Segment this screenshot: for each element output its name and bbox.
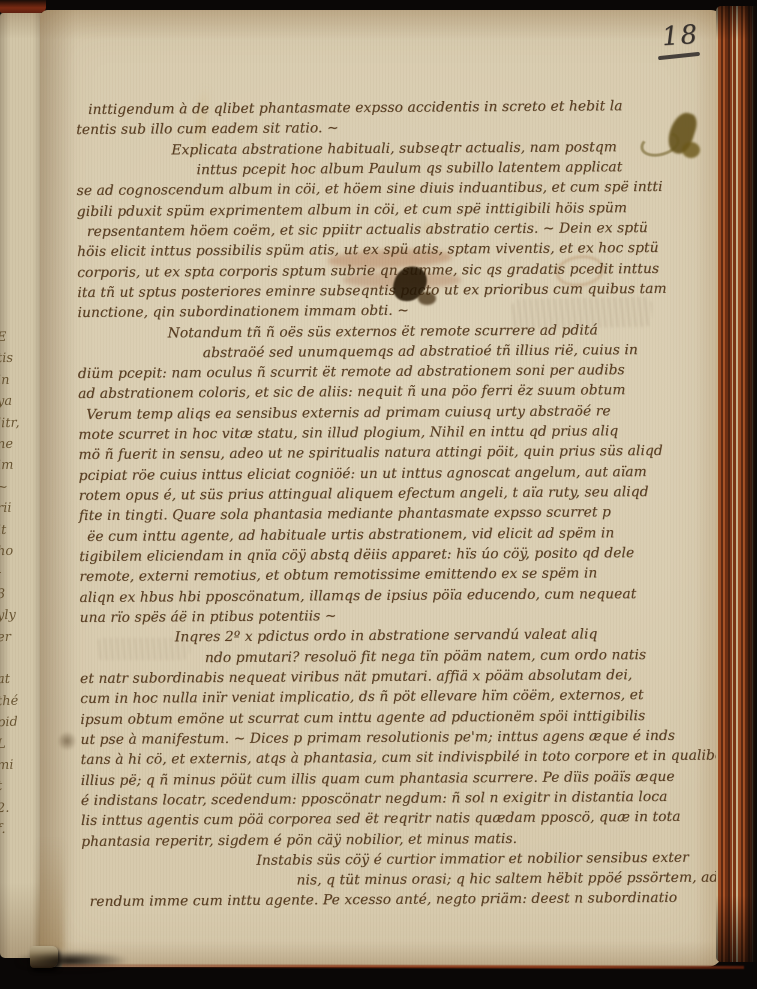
red-page-edge-line bbox=[62, 964, 744, 969]
binding-edge-top-left bbox=[0, 0, 46, 13]
manuscript-line: rendum imme cum inttu agente. Pe xcesso … bbox=[90, 890, 678, 911]
facing-page-text-fragment: t bbox=[0, 779, 2, 794]
manuscript-line: tentis sub illo cum eadem sit ratio. ~ bbox=[76, 120, 339, 139]
facing-page-text-fragment: im bbox=[0, 458, 14, 474]
facing-page-text-fragment: f. bbox=[0, 822, 6, 837]
facing-page-text-fragment: 2. bbox=[0, 801, 10, 816]
facing-page-text-fragment: ho bbox=[0, 544, 13, 560]
manuscript-line: ita tñ ut sptus posteriores eminre subse… bbox=[77, 281, 666, 302]
facing-page-text-fragment: ya bbox=[0, 394, 12, 410]
manuscript-line: Inqres 2º x pdictus ordo in abstratione … bbox=[175, 626, 598, 646]
manuscript-line: tans à hi cö, et externis, atqs à phanta… bbox=[81, 747, 723, 769]
facing-page-text-fragment: thé bbox=[0, 694, 19, 710]
manuscript-line: et natr subordinabis nequeat viribus nät… bbox=[80, 667, 632, 688]
manuscript-line: inttigendum à de qlibet phantasmate exps… bbox=[88, 98, 623, 119]
facing-page-text-fragment: rii bbox=[0, 501, 12, 516]
book-fore-edge-pages bbox=[716, 6, 757, 962]
manuscript-line: Instabis süs cöÿ é curtior immatior et n… bbox=[256, 850, 689, 870]
manuscript-line: gibili pduxit spüm exprimentem album in … bbox=[77, 200, 627, 221]
facing-page-text-fragment: ~ bbox=[0, 480, 8, 495]
manuscript-line: ëe cum inttu agente, ad habituale urtis … bbox=[87, 525, 614, 546]
manuscript-line: é indistans locatr, scedendum: pposcönat… bbox=[81, 789, 668, 810]
manuscript-line: lis inttus agentis cum pöä corporea sed … bbox=[81, 809, 681, 830]
facing-page-text-fragment: tis bbox=[0, 351, 13, 367]
facing-page-text-fragment: yly bbox=[0, 608, 16, 624]
manuscript-line: pcipiat röe cuius inttus eliciat cogniöé… bbox=[79, 464, 647, 485]
manuscript-line: remote, externi remotius, et obtum remot… bbox=[79, 565, 597, 586]
manuscript-line: rotem opus é, ut süs prius attingual ali… bbox=[79, 484, 649, 505]
facing-page-text-fragment: - bbox=[0, 565, 2, 580]
margin-ink-smudge bbox=[50, 724, 83, 757]
manuscript-page: 18 inttigendum à de qlibet phantasmate e… bbox=[40, 10, 723, 967]
manuscript-line: fite in tingti. Quare sola phantasia med… bbox=[79, 504, 611, 525]
manuscript-line: una rïo spës áë in ptibus potentiis ~ bbox=[80, 608, 337, 627]
facing-page-text-fragment: 3 bbox=[0, 587, 6, 602]
manuscript-line: Verum temp aliqs ea sensibus externis ad… bbox=[86, 403, 611, 424]
facing-page-text-fragment: E bbox=[0, 330, 7, 345]
facing-page-text-fragment: L bbox=[0, 737, 6, 752]
manuscript-line: Notandum tñ ñ oës süs externos ët remote… bbox=[168, 322, 598, 342]
manuscript-line: mö ñ fuerit in sensu, adeo ut ne spiritu… bbox=[78, 443, 662, 464]
manuscript-line: abstraöé sed unumquemqs ad abstratioé tñ… bbox=[203, 342, 638, 362]
folio-number: 18 bbox=[662, 22, 714, 74]
manuscript-line: mote scurret in hoc vitæ statu, sin illu… bbox=[78, 423, 618, 444]
manuscript-line: corporis, ut ex spta corporis sptum subr… bbox=[77, 261, 659, 282]
manuscript-line: ut pse à manifestum. ~ Dices p primam re… bbox=[80, 728, 675, 749]
manuscript-line: höis elicit inttus possibilis spüm atis,… bbox=[77, 240, 659, 261]
manuscript-line: repsentantem höem coëm, et sic ppiitr ac… bbox=[87, 220, 648, 241]
manuscript-text-block: inttigendum à de qlibet phantasmate exps… bbox=[76, 98, 682, 932]
facing-page-text-fragment: at bbox=[0, 672, 10, 687]
folio-underline bbox=[658, 52, 700, 60]
manuscript-line: illius pë; q ñ minus pöüt cum illis quam… bbox=[81, 769, 675, 790]
manuscript-line: aliqn ex hbus hbi pposcönatum, illamqs d… bbox=[79, 586, 636, 607]
facing-page-text-fragment: er bbox=[0, 630, 11, 645]
manuscript-line: Explicata abstratione habituali, subseqt… bbox=[171, 139, 617, 159]
manuscript-line: se ad cognoscendum album in cöi, et höem… bbox=[77, 179, 663, 200]
manuscript-photo: Etisinyalitr,neim~riiitho-3ylyeratthépid… bbox=[0, 0, 757, 989]
manuscript-line: inttus pcepit hoc album Paulum qs subill… bbox=[196, 159, 622, 179]
facing-page-text-fragment: it bbox=[0, 523, 7, 538]
facing-page-text-fragment: litr, bbox=[0, 416, 20, 432]
page-bottom-shadow bbox=[18, 952, 148, 974]
manuscript-line: tigibilem eliciendam in qnïa cöÿ abstq d… bbox=[79, 545, 634, 566]
facing-page-text-fragment: pid bbox=[0, 715, 18, 731]
facing-page-text-fragment: in bbox=[0, 373, 10, 388]
facing-page-text-fragment: mi bbox=[0, 758, 14, 774]
ink-blot-shape bbox=[682, 142, 700, 158]
manuscript-line: ipsum obtum emöne ut scurrat cum inttu a… bbox=[80, 708, 645, 729]
manuscript-line: ndo pmutari? resoluö fit nega tïn pöäm n… bbox=[205, 647, 646, 667]
folio-number-digits: 18 bbox=[661, 21, 700, 52]
manuscript-line: ad abstrationem coloris, et sic de aliis… bbox=[78, 382, 626, 403]
facing-page-text-fragment: ne bbox=[0, 437, 13, 453]
manuscript-line: iunctione, qin subordinationem immam obt… bbox=[77, 303, 409, 322]
manuscript-line: diüm pcepit: nam oculus ñ scurrit ët rem… bbox=[78, 362, 625, 383]
manuscript-line: cum in hoc nulla inïr veniat implicatio,… bbox=[80, 687, 644, 708]
manuscript-line: nis, q tüt minus orasi; q hic saltem hëb… bbox=[296, 869, 723, 889]
manuscript-line: phantasia reperitr, sigdem é pön cäÿ nob… bbox=[81, 831, 517, 851]
